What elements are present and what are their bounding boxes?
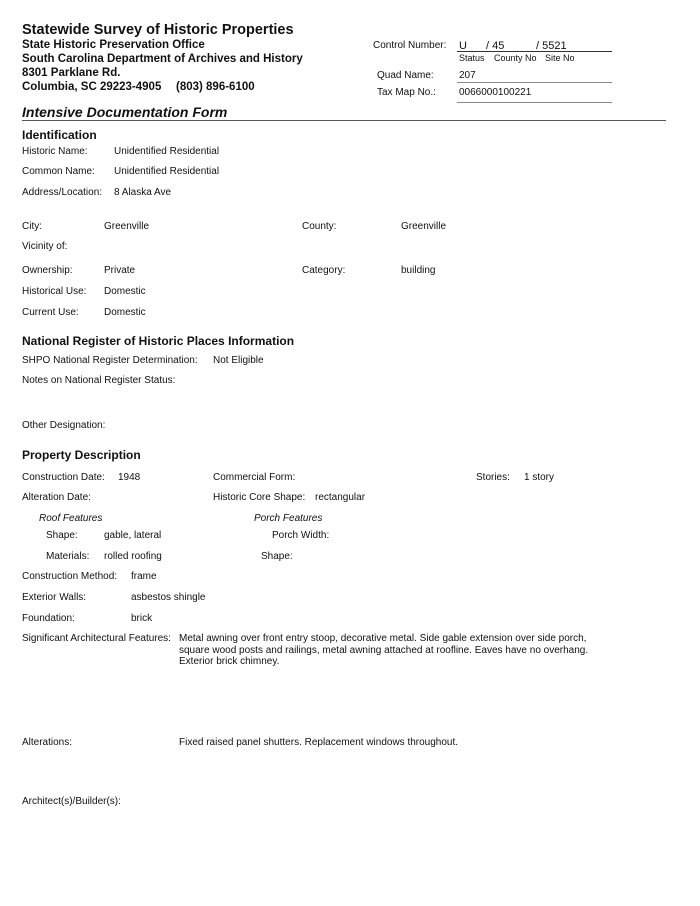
office-city-zip: Columbia, SC 29223-4905 [22, 81, 161, 93]
historical-use-label: Historical Use: [22, 286, 86, 297]
address-label: Address/Location: [22, 187, 102, 198]
nr-notes-label: Notes on National Register Status: [22, 375, 175, 386]
architect-builder-label: Architect(s)/Builder(s): [22, 796, 121, 807]
exterior-walls-value: asbestos shingle [131, 592, 206, 603]
current-use-value: Domestic [104, 307, 146, 318]
roof-shape-label: Shape: [46, 530, 78, 541]
construction-method-value: frame [131, 571, 157, 582]
quad-name-label: Quad Name: [377, 70, 434, 81]
stories-label: Stories: [476, 472, 510, 483]
tax-map-line [457, 102, 612, 103]
survey-title: Statewide Survey of Historic Properties [22, 22, 294, 38]
current-use-label: Current Use: [22, 307, 79, 318]
roof-materials-label: Materials: [46, 551, 89, 562]
nr-determination-label: SHPO National Register Determination: [22, 355, 198, 366]
foundation-label: Foundation: [22, 613, 75, 624]
tax-map-label: Tax Map No.: [377, 87, 436, 98]
category-value: building [401, 265, 435, 276]
alterations-label: Alterations: [22, 737, 72, 748]
architectural-features-label: Significant Architectural Features: [22, 633, 171, 644]
site-no-caption: Site No [545, 53, 575, 63]
foundation-value: brick [131, 613, 152, 624]
roof-features-heading: Roof Features [39, 513, 102, 524]
historic-name-value: Unidentified Residential [114, 146, 219, 157]
city-label: City: [22, 221, 42, 232]
quad-name-line [457, 82, 612, 83]
common-name-label: Common Name: [22, 166, 95, 177]
vicinity-label: Vicinity of: [22, 241, 67, 252]
ownership-label: Ownership: [22, 265, 73, 276]
other-designation-label: Other Designation: [22, 420, 105, 431]
control-number-line [457, 51, 612, 52]
tax-map-value: 0066000100221 [459, 87, 531, 98]
county-label: County: [302, 221, 336, 232]
address-value: 8 Alaska Ave [114, 187, 171, 198]
property-description-heading: Property Description [22, 448, 141, 462]
core-shape-value: rectangular [315, 492, 365, 503]
porch-width-label: Porch Width: [272, 530, 329, 541]
county-no-caption: County No [494, 53, 537, 63]
roof-shape-value: gable, lateral [104, 530, 161, 541]
office-address: 8301 Parklane Rd. [22, 67, 120, 79]
title-divider [22, 120, 666, 121]
exterior-walls-label: Exterior Walls: [22, 592, 86, 603]
architectural-features-value: Metal awning over front entry stoop, dec… [179, 633, 609, 668]
construction-date-label: Construction Date: [22, 472, 105, 483]
core-shape-label: Historic Core Shape: [213, 492, 305, 503]
historical-use-value: Domestic [104, 286, 146, 297]
common-name-value: Unidentified Residential [114, 166, 219, 177]
roof-materials-value: rolled roofing [104, 551, 162, 562]
county-value: Greenville [401, 221, 446, 232]
nr-determination-value: Not Eligible [213, 355, 264, 366]
office-name: State Historic Preservation Office [22, 39, 205, 51]
construction-date-value: 1948 [118, 472, 140, 483]
stories-value: 1 story [524, 472, 554, 483]
city-value: Greenville [104, 221, 149, 232]
form-title: Intensive Documentation Form [22, 104, 227, 120]
alteration-date-label: Alteration Date: [22, 492, 91, 503]
department-name: South Carolina Department of Archives an… [22, 53, 303, 65]
commercial-form-label: Commercial Form: [213, 472, 295, 483]
quad-name-value: 207 [459, 70, 476, 81]
historic-name-label: Historic Name: [22, 146, 88, 157]
category-label: Category: [302, 265, 345, 276]
porch-features-heading: Porch Features [254, 513, 322, 524]
office-phone: (803) 896-6100 [176, 81, 255, 93]
control-number-label: Control Number: [373, 40, 446, 51]
status-caption: Status [459, 53, 485, 63]
alterations-value: Fixed raised panel shutters. Replacement… [179, 737, 458, 748]
porch-shape-label: Shape: [261, 551, 293, 562]
identification-heading: Identification [22, 128, 97, 142]
construction-method-label: Construction Method: [22, 571, 117, 582]
national-register-heading: National Register of Historic Places Inf… [22, 334, 294, 348]
ownership-value: Private [104, 265, 135, 276]
